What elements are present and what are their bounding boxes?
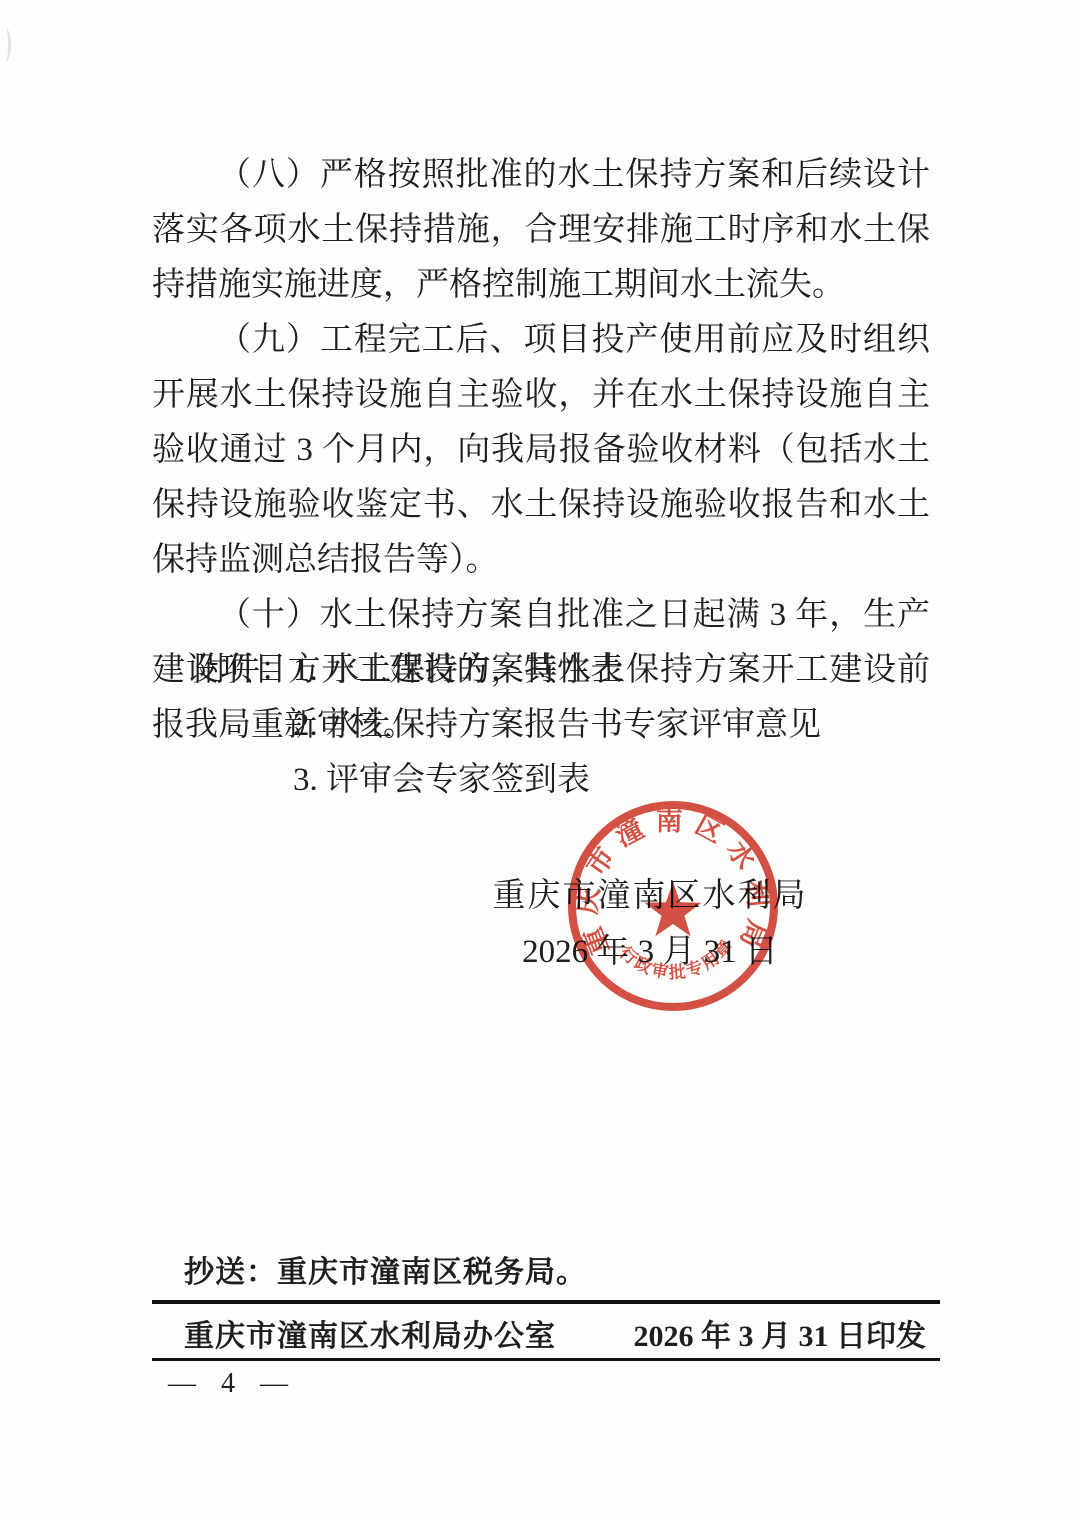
attachments-label: 附件： [152,652,293,688]
footer-cc-line: 抄送：重庆市潼南区税务局。 [152,1252,932,1294]
seal-star-icon [644,882,701,936]
print-date: 2026 年 3 月 31 日印发 [634,1311,941,1355]
footer-issuer-row: 重庆市潼南区水利局办公室 2026 年 3 月 31 日印发 [152,1312,940,1354]
attachment-row: 3. 评审会专家签到表 [152,753,930,808]
paragraph-9: （九）工程完工后、项目投产使用前应及时组织开展水土保持设施自主验收，并在水土保持… [152,313,930,588]
scan-artifact [0,28,11,62]
attachments-list: 附件：1. 水土保持方案特性表 2. 水土保持方案报告书专家评审意见 3. 评审… [152,643,930,808]
paragraph-8: （八）严格按照批准的水土保持方案和后续设计落实各项水土保持措施，合理安排施工时序… [152,148,930,313]
page-number: — 4 — [168,1368,297,1400]
official-seal: 重庆市潼南区水利局 行政审批专用章 [560,793,786,1019]
footer-divider-bottom [152,1358,940,1361]
attachment-item-3: 3. 评审会专家签到表 [293,762,590,798]
attachment-row: 2. 水土保持方案报告书专家评审意见 [152,698,930,753]
footer-divider-top [152,1300,940,1304]
attachment-item-2: 2. 水土保持方案报告书专家评审意见 [293,707,821,743]
attachment-item-1: 1. 水土保持方案特性表 [293,652,623,688]
cc-text: 抄送：重庆市潼南区税务局。 [152,1256,587,1289]
document-page: （八）严格按照批准的水土保持方案和后续设计落实各项水土保持措施，合理安排施工时序… [0,0,1074,1520]
issuer-office: 重庆市潼南区水利局办公室 [152,1311,556,1355]
attachment-row: 附件：1. 水土保持方案特性表 [152,643,930,698]
seal-bottom-text: 行政审批专用章 [616,935,737,983]
